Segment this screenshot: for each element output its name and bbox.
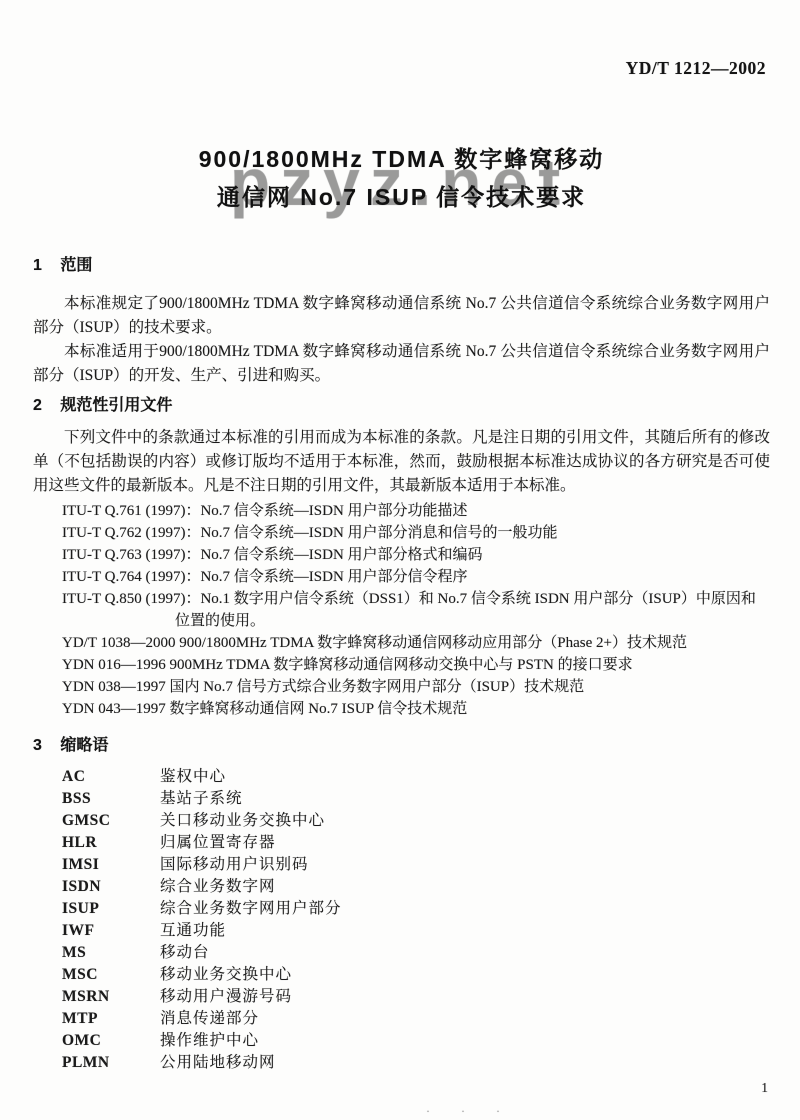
abbreviation-term: HLR (62, 832, 160, 854)
abbreviation-meaning: 综合业务数字网用户部分 (160, 898, 342, 920)
scope-paragraph-1: 本标准规定了900/1800MHz TDMA 数字蜂窝移动通信系统 No.7 公… (33, 292, 770, 340)
reference-item: ITU-T Q.850 (1997)：No.1 数字用户信令系统（DSS1）和 … (62, 588, 770, 632)
abbreviation-row: IWF 互通功能 (62, 920, 770, 942)
abbreviation-meaning: 消息传递部分 (160, 1008, 259, 1030)
abbreviation-term: MSC (62, 964, 160, 986)
references-list: ITU-T Q.761 (1997)：No.7 信令系统—ISDN 用户部分功能… (62, 500, 770, 720)
section-title: 范围 (60, 257, 92, 274)
abbreviation-meaning: 操作维护中心 (160, 1030, 259, 1052)
section-title: 规范性引用文件 (60, 397, 172, 414)
page-number: 1 (761, 1080, 768, 1096)
reference-item: ITU-T Q.762 (1997)：No.7 信令系统—ISDN 用户部分消息… (62, 522, 770, 544)
section-heading-references: 2 规范性引用文件 (33, 396, 770, 416)
scope-paragraph-2: 本标准适用于900/1800MHz TDMA 数字蜂窝移动通信系统 No.7 公… (33, 340, 770, 388)
section-number: 1 (33, 257, 42, 274)
abbreviation-term: AC (62, 766, 160, 788)
abbreviation-row: AC 鉴权中心 (62, 766, 770, 788)
abbreviation-row: PLMN 公用陆地移动网 (62, 1052, 770, 1074)
reference-item: YD/T 1038—2000 900/1800MHz TDMA 数字蜂窝移动通信… (62, 632, 770, 654)
section-number: 2 (33, 397, 42, 414)
abbreviation-row: OMC 操作维护中心 (62, 1030, 770, 1052)
abbreviation-meaning: 移动业务交换中心 (160, 964, 292, 986)
abbreviation-row: MSC 移动业务交换中心 (62, 964, 770, 986)
abbreviations-list: AC 鉴权中心 BSS 基站子系统 GMSC 关口移动业务交换中心 HLR 归属… (62, 766, 770, 1074)
section-heading-abbreviations: 3 缩略语 (33, 736, 770, 756)
abbreviation-row: MTP 消息传递部分 (62, 1008, 770, 1030)
abbreviation-meaning: 归属位置寄存器 (160, 832, 276, 854)
abbreviation-row: ISDN 综合业务数字网 (62, 876, 770, 898)
references-intro-paragraph: 下列文件中的条款通过本标准的引用而成为本标准的条款。凡是注日期的引用文件，其随后… (33, 426, 770, 498)
abbreviation-term: IWF (62, 920, 160, 942)
scan-artifact-marks: · · · (426, 1104, 514, 1119)
page-content: 900/1800MHz TDMA 数字蜂窝移动 通信网 No.7 ISUP 信令… (0, 0, 800, 1074)
abbreviation-row: ISUP 综合业务数字网用户部分 (62, 898, 770, 920)
abbreviation-meaning: 公用陆地移动网 (160, 1052, 276, 1074)
abbreviation-row: MSRN 移动用户漫游号码 (62, 986, 770, 1008)
reference-item: YDN 038—1997 国内 No.7 信号方式综合业务数字网用户部分（ISU… (62, 676, 770, 698)
abbreviation-term: IMSI (62, 854, 160, 876)
abbreviation-row: IMSI 国际移动用户识别码 (62, 854, 770, 876)
abbreviation-meaning: 鉴权中心 (160, 766, 226, 788)
abbreviation-term: OMC (62, 1030, 160, 1052)
abbreviation-meaning: 综合业务数字网 (160, 876, 276, 898)
abbreviation-meaning: 关口移动业务交换中心 (160, 810, 325, 832)
title-line-2: 通信网 No.7 ISUP 信令技术要求 (33, 178, 770, 216)
abbreviation-meaning: 国际移动用户识别码 (160, 854, 309, 876)
abbreviation-term: MTP (62, 1008, 160, 1030)
reference-item: ITU-T Q.764 (1997)：No.7 信令系统—ISDN 用户部分信令… (62, 566, 770, 588)
reference-item: ITU-T Q.763 (1997)：No.7 信令系统—ISDN 用户部分格式… (62, 544, 770, 566)
abbreviation-term: BSS (62, 788, 160, 810)
section-number: 3 (33, 737, 42, 754)
abbreviation-row: HLR 归属位置寄存器 (62, 832, 770, 854)
abbreviation-term: ISDN (62, 876, 160, 898)
abbreviation-term: GMSC (62, 810, 160, 832)
abbreviation-row: GMSC 关口移动业务交换中心 (62, 810, 770, 832)
section-title: 缩略语 (60, 737, 108, 754)
document-page: YD/T 1212—2002 pzyz.net 900/1800MHz TDMA… (0, 0, 800, 1120)
abbreviation-row: MS 移动台 (62, 942, 770, 964)
reference-item: YDN 043—1997 数字蜂窝移动通信网 No.7 ISUP 信令技术规范 (62, 698, 770, 720)
reference-item: ITU-T Q.761 (1997)：No.7 信令系统—ISDN 用户部分功能… (62, 500, 770, 522)
reference-item: YDN 016—1996 900MHz TDMA 数字蜂窝移动通信网移动交换中心… (62, 654, 770, 676)
abbreviation-term: MS (62, 942, 160, 964)
document-title: 900/1800MHz TDMA 数字蜂窝移动 通信网 No.7 ISUP 信令… (33, 0, 770, 216)
abbreviation-meaning: 互通功能 (160, 920, 226, 942)
abbreviation-row: BSS 基站子系统 (62, 788, 770, 810)
abbreviation-meaning: 移动台 (160, 942, 210, 964)
abbreviation-meaning: 移动用户漫游号码 (160, 986, 292, 1008)
abbreviation-meaning: 基站子系统 (160, 788, 243, 810)
abbreviation-term: PLMN (62, 1052, 160, 1074)
title-line-1: 900/1800MHz TDMA 数字蜂窝移动 (33, 140, 770, 178)
abbreviation-term: MSRN (62, 986, 160, 1008)
section-heading-scope: 1 范围 (33, 256, 770, 276)
abbreviation-term: ISUP (62, 898, 160, 920)
